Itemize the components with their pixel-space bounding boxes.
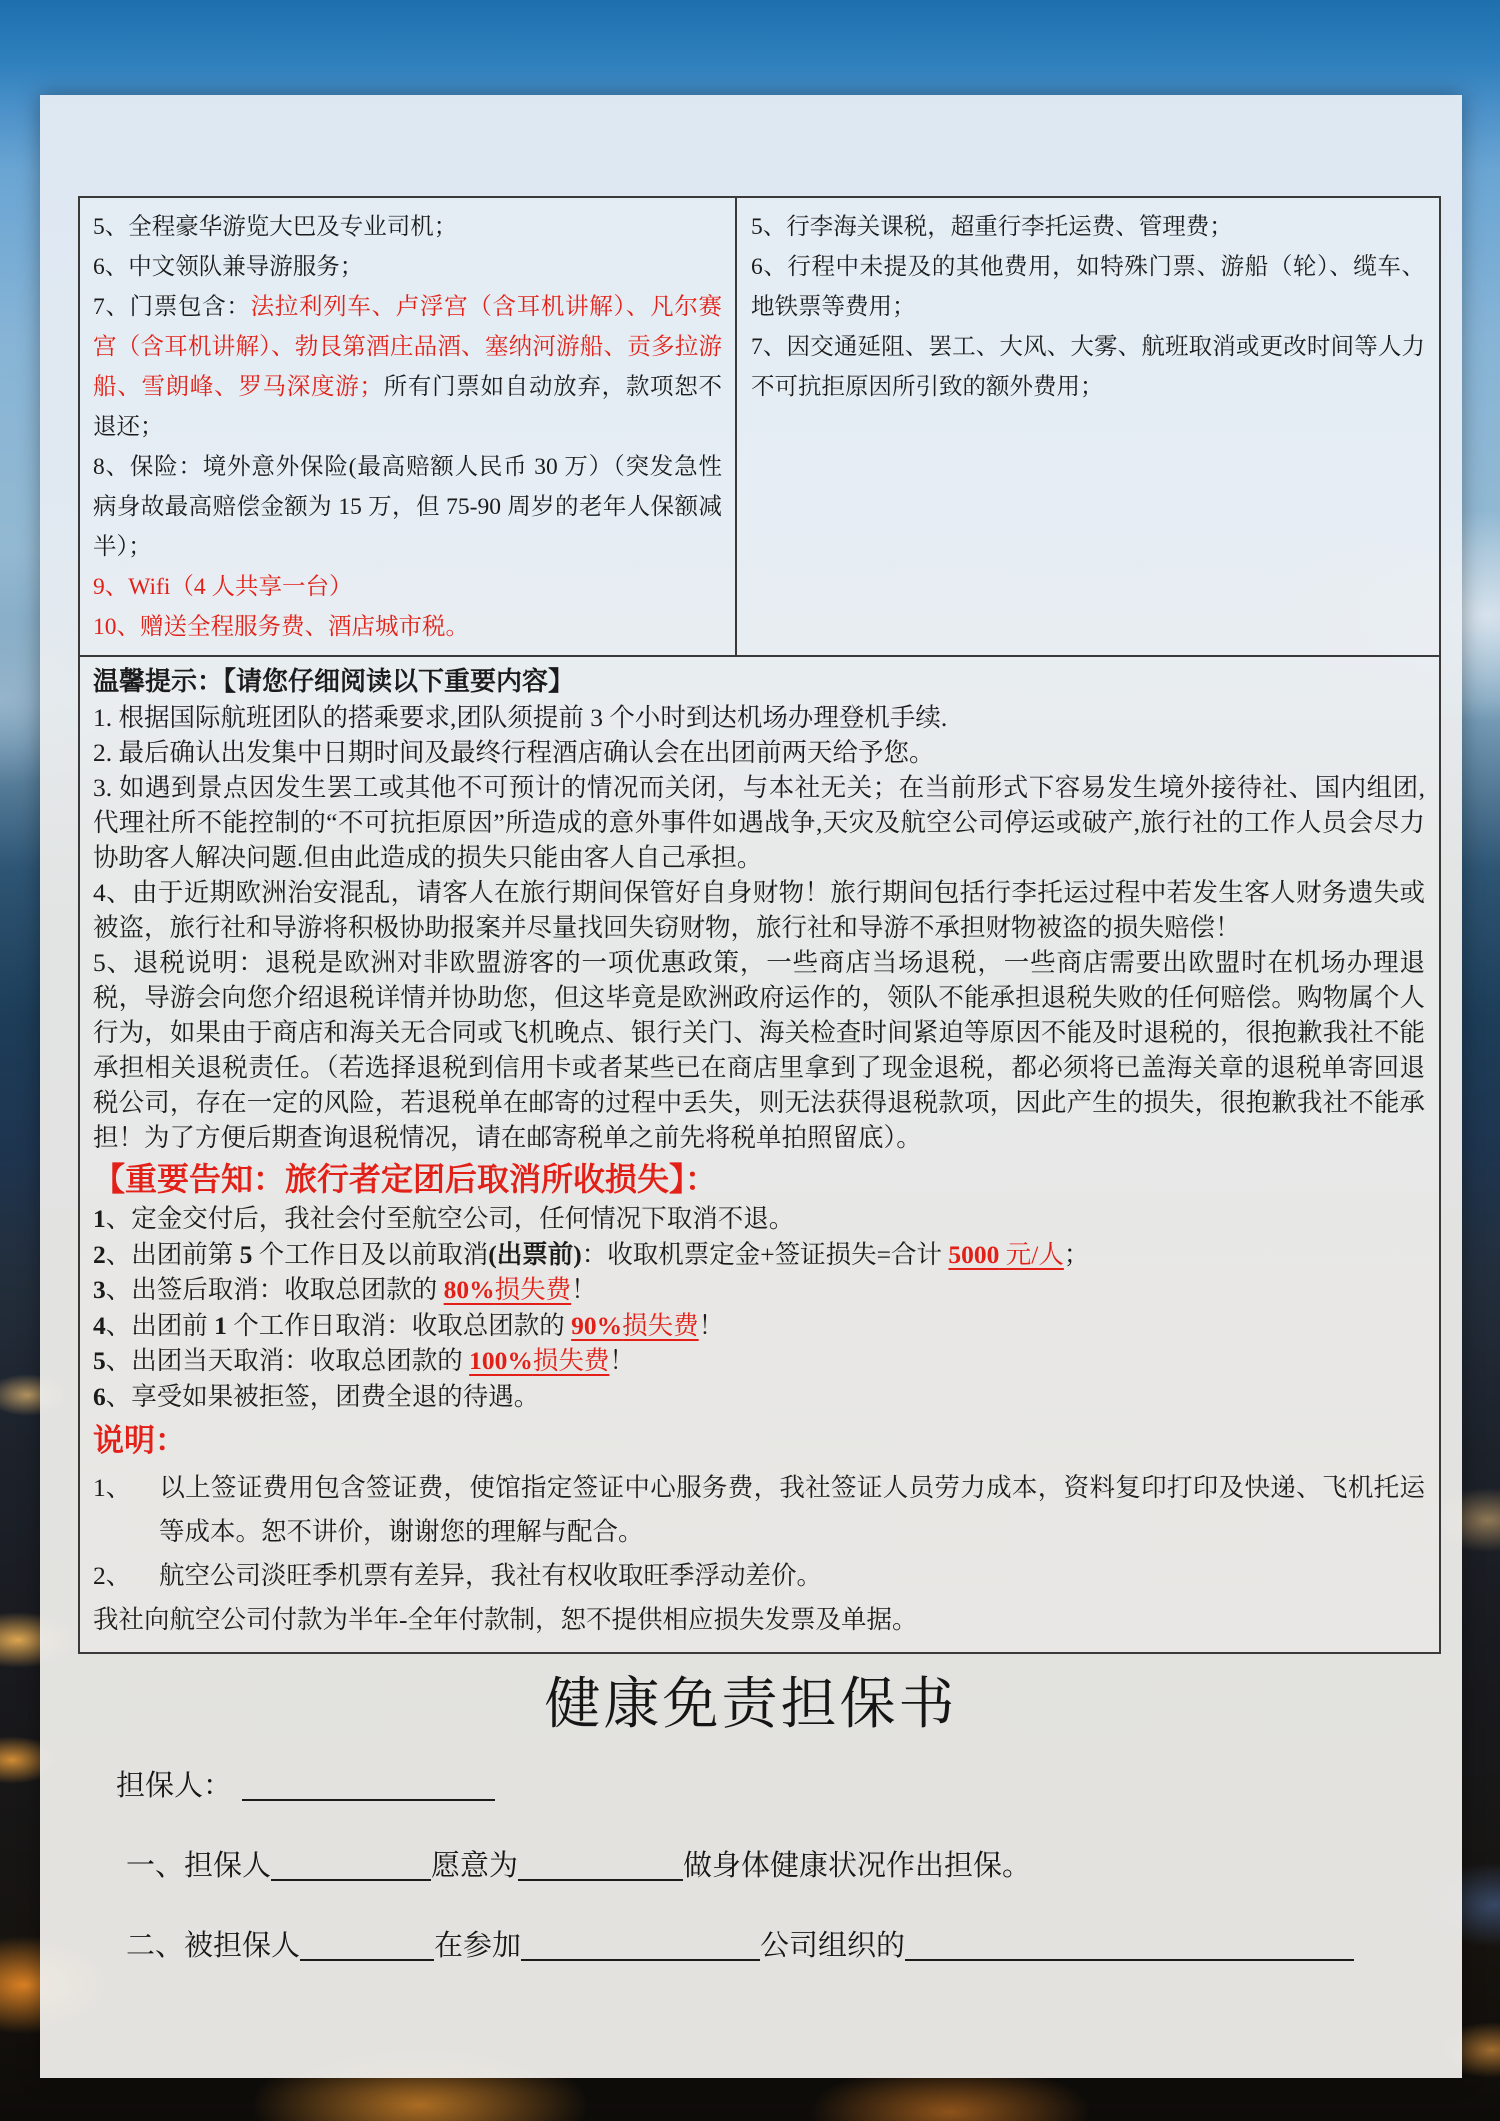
form-line1-label-a: 一、担保人 [126,1850,271,1882]
blank-field [271,1849,431,1881]
note-text: 以上签证费用包含签证费，使馆指定签证中心服务费，我社签证人员劳力成本，资料复印打… [159,1473,1425,1546]
form-line2-label-a: 二、被担保人 [126,1930,300,1962]
form-line1-label-c: 做身体健康状况作出担保。 [683,1850,1031,1882]
notes-footer: 我社向航空公司付款为半年-全年付款制，恕不提供相应损失发票及单据。 [93,1598,1425,1642]
fees-table-row: 5、全程豪华游览大巴及专业司机； 6、中文领队兼导游服务； 7、门票包含：法拉利… [80,198,1439,657]
form-line-2: 二、被担保人在参加公司组织的 [126,1923,1354,1964]
notes-heading: 说明： [93,1418,1425,1464]
blank-field [300,1929,434,1961]
cancellation-item: 5、出团当天取消：收取总团款的 100%损失费！ [93,1343,1425,1379]
note-item: 1、以上签证费用包含签证费，使馆指定签证中心服务费，我社签证人员劳力成本，资料复… [93,1466,1425,1554]
form-line-1: 一、担保人愿意为做身体健康状况作出担保。 [126,1843,1031,1884]
blank-field [905,1929,1354,1961]
fee-include-item: 10、赠送全程服务费、酒店城市税。 [93,607,722,647]
guarantor-label: 担保人： [116,1770,232,1802]
blank-field [242,1769,495,1801]
note-item: 2、航空公司淡旺季机票有差异，我社有权收取旺季浮动差价。 [93,1554,1425,1598]
tips-cell: 温馨提示：【请您仔细阅读以下重要内容】 1. 根据国际航班团队的搭乘要求,团队须… [80,657,1439,1652]
cancellation-heading: 【重要告知：旅行者定团后取消所收损失】： [93,1157,1425,1201]
cancellation-item: 3、出签后取消：收取总团款的 80%损失费！ [93,1272,1425,1308]
note-number: 2、 [93,1554,159,1598]
blank-field [521,1929,760,1961]
tip-item: 4、由于近期欧洲治安混乱，请客人在旅行期间保管好自身财物！旅行期间包括行李托运过… [93,875,1425,945]
cancellation-item: 4、出团前 1 个工作日取消：收取总团款的 90%损失费！ [93,1308,1425,1344]
fee-exclude-item: 5、行李海关课税，超重行李托运费、管理费； [751,207,1425,247]
fee-include-item: 5、全程豪华游览大巴及专业司机； [93,207,722,247]
note-number: 1、 [93,1466,159,1510]
tip-item: 2. 最后确认出发集中日期时间及最终行程酒店确认会在出团前两天给予您。 [93,735,1425,770]
form-line1-label-b: 愿意为 [431,1850,518,1882]
note-text: 航空公司淡旺季机票有差异，我社有权收取旺季浮动差价。 [159,1561,822,1590]
guarantor-line: 担保人： [116,1763,495,1804]
blank-field [518,1849,683,1881]
cancellation-item: 6、享受如果被拒签，团费全退的待遇。 [93,1379,1425,1415]
contract-box: 5、全程豪华游览大巴及专业司机； 6、中文领队兼导游服务； 7、门票包含：法拉利… [78,196,1441,1654]
fee-exclude-item: 7、因交通延阻、罢工、大风、大雾、航班取消或更改时间等人力不可抗拒原因所引致的额… [751,327,1425,407]
tip-item: 5、退税说明：退税是欧洲对非欧盟游客的一项优惠政策，一些商店当场退税，一些商店需… [93,945,1425,1155]
tip-item: 3. 如遇到景点因发生罢工或其他不可预计的情况而关闭，与本社无关；在当前形式下容… [93,770,1425,875]
tip-item: 1. 根据国际航班团队的搭乘要求,团队须提前 3 个小时到达机场办理登机手续. [93,700,1425,735]
form-line2-label-b: 在参加 [434,1930,521,1962]
fee-include-item: 8、保险：境外意外保险(最高赔额人民币 30 万）（突发急性病身故最高赔偿金额为… [93,447,722,567]
fees-include-cell: 5、全程豪华游览大巴及专业司机； 6、中文领队兼导游服务； 7、门票包含：法拉利… [80,198,737,655]
guarantee-title: 健康免责担保书 [40,1660,1462,1740]
document-page: 5、全程豪华游览大巴及专业司机； 6、中文领队兼导游服务； 7、门票包含：法拉利… [40,95,1462,2078]
tips-heading: 温馨提示：【请您仔细阅读以下重要内容】 [93,663,1425,700]
fee-exclude-item: 6、行程中未提及的其他费用，如特殊门票、游船（轮）、缆车、地铁票等费用； [751,247,1425,327]
form-line2-label-c: 公司组织的 [760,1930,905,1962]
fee-include-item: 7、门票包含：法拉利列车、卢浮宫（含耳机讲解）、凡尔赛宫（含耳机讲解）、勃艮第酒… [93,287,722,447]
cancellation-item: 1、定金交付后，我社会付至航空公司，任何情况下取消不退。 [93,1201,1425,1237]
fee-include-item: 9、Wifi（4 人共享一台） [93,567,722,607]
cancellation-item: 2、出团前第 5 个工作日及以前取消(出票前)：收取机票定金+签证损失=合计 5… [93,1237,1425,1273]
fees-exclude-cell: 5、行李海关课税，超重行李托运费、管理费； 6、行程中未提及的其他费用，如特殊门… [737,198,1439,655]
fee-include-item: 6、中文领队兼导游服务； [93,247,722,287]
